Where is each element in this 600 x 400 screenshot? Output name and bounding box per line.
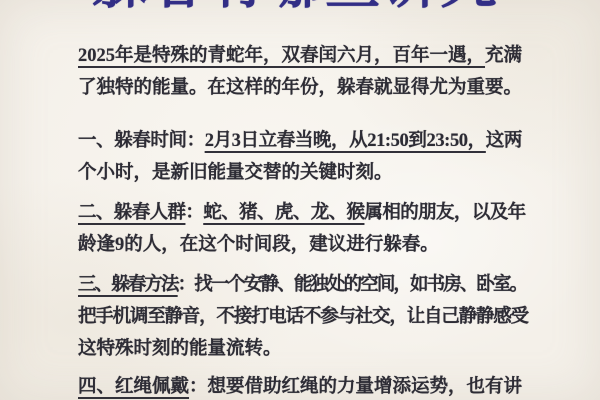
text-line: 四、红绳佩戴：想要借助红绳的力量增添运势，也有讲	[78, 371, 538, 400]
text-line: 这特殊时刻的能量流转。	[78, 333, 538, 365]
section-colon: ：	[178, 275, 195, 295]
line-text: 龄逢9的人，在这个时间段，建议进行躲春。	[78, 235, 439, 255]
line-text: 这两	[486, 131, 522, 151]
underlined-phrase: 蛇、猪、虎、龙、猴	[203, 203, 364, 223]
section-heading: 三、躲春方法	[78, 275, 178, 295]
section-colon: ：	[185, 203, 203, 223]
section-hiding-method: 三、躲春方法：找一个安静、能独处的空间，如书房、卧室。 把手机调至静音，不接打电…	[78, 269, 538, 365]
line-text: 找一个安静、能独处的空间，如书房、卧室。	[194, 275, 526, 295]
line-text: 了独特的能量。在这样的年份，躲春就显得尤为重要。	[78, 78, 522, 98]
text-line: 二、躲春人群：蛇、猪、虎、龙、猴属相的朋友，以及年	[78, 197, 538, 229]
line-text: 属相的朋友，以及年	[364, 203, 525, 223]
section-heading: 二、躲春人群	[78, 203, 185, 223]
section-red-string: 四、红绳佩戴：想要借助红绳的力量增添运势，也有讲	[78, 371, 538, 400]
line-text: 充满	[485, 46, 522, 66]
text-line: 把手机调至静音，不接打电话不参与社交，让自己静静感受	[78, 301, 538, 333]
text-line: 龄逢9的人，在这个时间段，建议进行躲春。	[78, 229, 538, 261]
section-colon: ：	[187, 131, 205, 151]
underlined-phrase: 2月3日立春当晚，从21:50到23:50，	[205, 131, 486, 151]
line-text: 这特殊时刻的能量流转。	[78, 339, 282, 359]
line-text: 个小时，是新旧能量交替的关键时刻。	[78, 163, 393, 183]
text-line: 2025年是特殊的青蛇年，双春闰六月，百年一遇，充满	[78, 40, 538, 72]
page-title: 躲春有哪些讲究	[92, 0, 498, 12]
section-hiding-people: 二、躲春人群：蛇、猪、虎、龙、猴属相的朋友，以及年 龄逢9的人，在这个时间段，建…	[78, 197, 538, 261]
text-line: 三、躲春方法：找一个安静、能独处的空间，如书房、卧室。	[78, 269, 538, 301]
section-heading: 四、红绳佩戴	[78, 377, 189, 397]
section-hiding-time: 一、躲春时间：2月3日立春当晚，从21:50到23:50，这两 个小时，是新旧能…	[78, 125, 538, 189]
section-colon: ：	[189, 377, 208, 397]
section-heading: 一、躲春时间	[78, 131, 187, 151]
intro-paragraph: 2025年是特殊的青蛇年，双春闰六月，百年一遇，充满 了独特的能量。在这样的年份…	[78, 40, 538, 104]
text-line: 个小时，是新旧能量交替的关键时刻。	[78, 157, 538, 189]
article-page: 躲春有哪些讲究 2025年是特殊的青蛇年，双春闰六月，百年一遇，充满 了独特的能…	[0, 0, 600, 400]
text-line: 了独特的能量。在这样的年份，躲春就显得尤为重要。	[78, 72, 538, 104]
line-text: 把手机调至静音，不接打电话不参与社交，让自己静静感受	[78, 307, 528, 327]
underlined-phrase: 2025年是特殊的青蛇年，双春闰六月，百年一遇，	[78, 46, 485, 66]
text-line: 一、躲春时间：2月3日立春当晚，从21:50到23:50，这两	[78, 125, 538, 157]
line-text: 想要借助红绳的力量增添运势，也有讲	[208, 377, 523, 397]
